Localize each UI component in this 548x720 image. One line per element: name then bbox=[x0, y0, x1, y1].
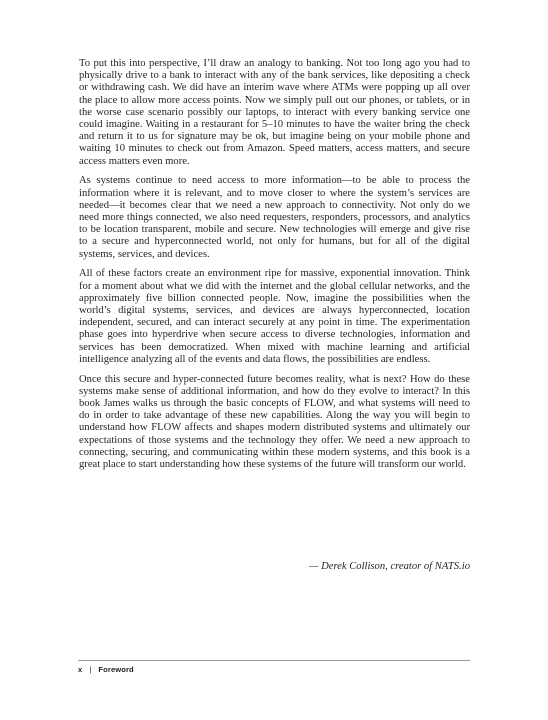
section-title: Foreword bbox=[98, 665, 133, 674]
page-number: x bbox=[78, 665, 82, 674]
paragraph-banking-analogy: To put this into perspective, I’ll draw … bbox=[79, 58, 470, 168]
book-page: To put this into perspective, I’ll draw … bbox=[0, 0, 548, 720]
foreword-body: To put this into perspective, I’ll draw … bbox=[79, 58, 470, 479]
footer-separator: | bbox=[89, 665, 91, 674]
paragraph-flow: Once this secure and hyper-connected fut… bbox=[79, 374, 470, 472]
paragraph-connectivity: As systems continue to need access to mo… bbox=[79, 175, 470, 260]
paragraph-innovation: All of these factors create an environme… bbox=[79, 268, 470, 366]
footer-divider bbox=[78, 660, 470, 661]
signature: — Derek Collison, creator of NATS.io bbox=[79, 561, 470, 572]
page-footer: x|Foreword bbox=[78, 665, 134, 674]
